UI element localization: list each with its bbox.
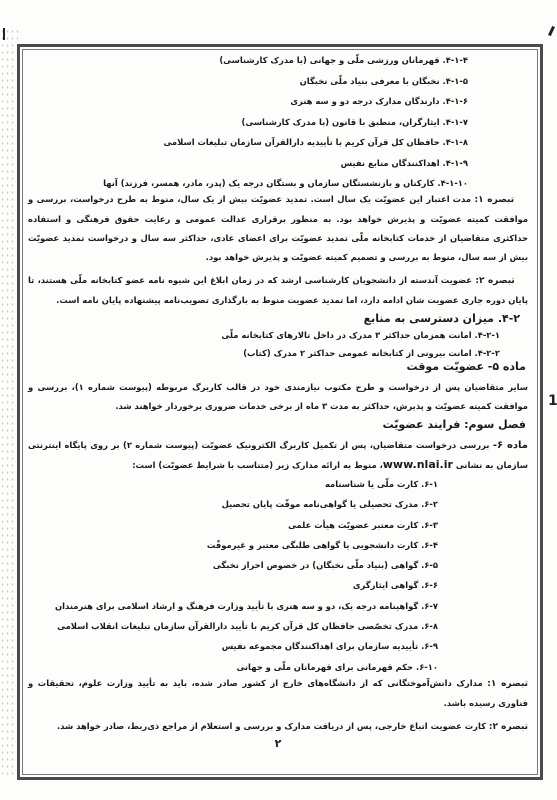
list-item: ۶-۵. گواهی (بنیاد ملّی نخبگان) در خصوص ا…: [28, 560, 438, 570]
list-item: ۶-۱۰. حکم قهرمانی برای قهرمانان ملّی و ج…: [28, 662, 438, 672]
article-6-text: ماده ۶- بررسی درخواست متقاضیان، پس از تک…: [28, 436, 528, 475]
note-text: مدارک دانش‌آموختگانی که از دانشگاه‌های خ…: [28, 678, 528, 708]
article6-list: ۶-۱. کارت ملّی یا شناسنامه ۶-۲. مدرک تحص…: [28, 479, 438, 672]
note-label: تبصره ۱:: [474, 195, 514, 205]
note-label: تبصره ۲:: [475, 276, 514, 286]
list-item: ۴-۲-۲. امانت بیرونی از کتابخانه عمومی حد…: [28, 348, 500, 358]
section4-list: ۴-۱-۴. قهرمانان ورزشی ملّی و جهانی (با م…: [28, 55, 528, 188]
list-item: ۴-۱-۷. ایثارگران، منطبق با قانون (با مدر…: [28, 117, 468, 127]
list-item: ۶-۴. کارت دانشجویی یا گواهی طلبگی معتبر …: [28, 540, 438, 550]
note-text: مدت اعتبار این عضویّت یک سال است. تمدید …: [28, 194, 528, 262]
section-heading: ۴-۲. میزان دسترسی به منابع: [28, 314, 520, 324]
list-item: ۴-۱-۶. دارندگان مدارک درجه دو و سه هنری: [28, 96, 468, 106]
list-item: ۶-۸. مدرک تخصّصی حافظان کل قرآن کریم با …: [28, 621, 438, 631]
scan-mark: [548, 26, 555, 36]
article-text: ، منوط به ارائه مدارک زیر (متناسب با شرا…: [132, 460, 383, 470]
list-item: ۴-۲-۱. امانت همزمان حداکثر ۳ مدرک در داخ…: [28, 330, 500, 340]
list-item: ۴-۱-۹. اهداکنندگان منابع نفیس: [28, 158, 468, 168]
scan-mark: [3, 28, 5, 40]
article-heading: ماده ۵- عضویّت موقت: [28, 362, 526, 372]
list-item: ۶-۷. گواهینامه درجه یک، دو و سه هنری با …: [28, 601, 438, 611]
note-text: عضویت آندسته از دانشجویان کارشناسی ارشد …: [28, 275, 528, 305]
list-item: ۶-۶. گواهی ایثارگری: [28, 580, 438, 590]
article-label: ماده ۶-: [493, 440, 528, 451]
margin-mark: 1: [548, 393, 557, 409]
note-text: کارت عضویت اتباع خارجی، پس از دریافت مدا…: [57, 721, 486, 731]
article-5-text: سایر متقاضیان پس از درخواست و طرح مکتوب …: [28, 378, 528, 416]
list-item: ۴-۱-۸. حافظان کل قرآن کریم با تأییدیه دا…: [28, 137, 468, 147]
note-1: تبصره ۱: مدت اعتبار این عضویّت یک سال اس…: [28, 190, 528, 267]
chapter-heading: فصل سوم: فرایند عضویّت: [28, 420, 526, 430]
note-label: تبصره ۱:: [487, 679, 528, 689]
list-item: ۶-۹. تأییدیه سازمان برای اهداکنندگان مجم…: [28, 641, 438, 651]
website-link[interactable]: www.nlai.ir: [383, 458, 453, 471]
note-2: تبصره ۲: عضویت آندسته از دانشجویان کارشن…: [28, 271, 528, 310]
page-number: ۲: [28, 739, 528, 749]
list-item: ۴-۱-۵. نخبگان با معرفی بنیاد ملّی نخبگان: [28, 76, 468, 86]
list-item: ۴-۱-۱۰. کارکنان و بازنشستگان سازمان و بس…: [28, 178, 468, 188]
list-item: ۶-۳. کارت معتبر عضویّت هیأت علمی: [28, 520, 438, 530]
list-item: ۶-۱. کارت ملّی یا شناسنامه: [28, 479, 438, 489]
list-item: ۴-۱-۴. قهرمانان ورزشی ملّی و جهانی (با م…: [28, 55, 468, 65]
article6-note-1: تبصره ۱: مدارک دانش‌آموختگانی که از دانش…: [28, 674, 528, 713]
article6-note-2: تبصره ۲: کارت عضویت اتباع خارجی، پس از د…: [28, 717, 528, 737]
list-item: ۶-۲. مدرک تحصیلی یا گواهی‌نامه موقّت پای…: [28, 499, 438, 509]
document-page: ۴-۱-۴. قهرمانان ورزشی ملّی و جهانی (با م…: [28, 55, 528, 765]
note-label: تبصره ۲:: [489, 722, 528, 732]
